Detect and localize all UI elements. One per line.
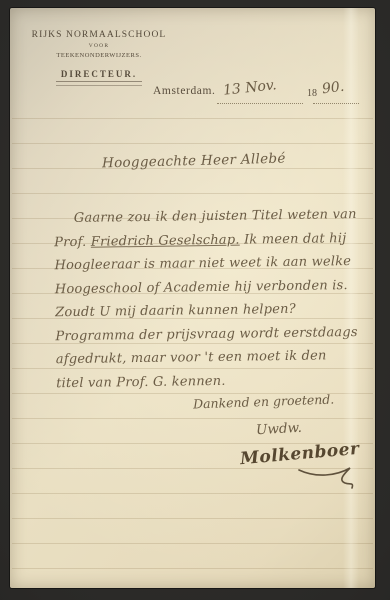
- city-printed: Amsterdam.: [153, 85, 216, 97]
- body-line-text: Ik meen dat hij: [240, 231, 347, 247]
- body-line: Hoogeschool of Academie hij verbonden is…: [55, 273, 370, 301]
- year-printed: 18: [307, 88, 317, 99]
- signature-flourish: [298, 464, 362, 490]
- body-line: afgedrukt, maar voor 't een moet ik den: [56, 344, 371, 372]
- body-line-text: Prof.: [54, 234, 91, 250]
- school-voor: VOOR: [20, 43, 178, 49]
- year-handwritten: 90.: [321, 79, 345, 98]
- school-subtitle: TEEKENONDERWIJZERS.: [20, 52, 178, 59]
- date-fill-line: [217, 102, 303, 104]
- year-fill-line: [313, 102, 359, 104]
- letterhead: RIJKS NORMAALSCHOOL VOOR TEEKENONDERWIJZ…: [20, 30, 178, 86]
- school-name: RIJKS NORMAALSCHOOL: [20, 30, 178, 40]
- photo-frame: RIJKS NORMAALSCHOOL VOOR TEEKENONDERWIJZ…: [0, 0, 390, 600]
- valediction: Uwdw.: [256, 420, 303, 438]
- director-title: DIRECTEUR.: [20, 69, 178, 79]
- letter-paper: RIJKS NORMAALSCHOOL VOOR TEEKENONDERWIJZ…: [10, 8, 375, 588]
- underlined-name: Friedrich Geselschap.: [91, 232, 240, 249]
- director-rule: [56, 81, 142, 86]
- letter-body: Gaarne zou ik den juisten Titel weten va…: [54, 203, 372, 395]
